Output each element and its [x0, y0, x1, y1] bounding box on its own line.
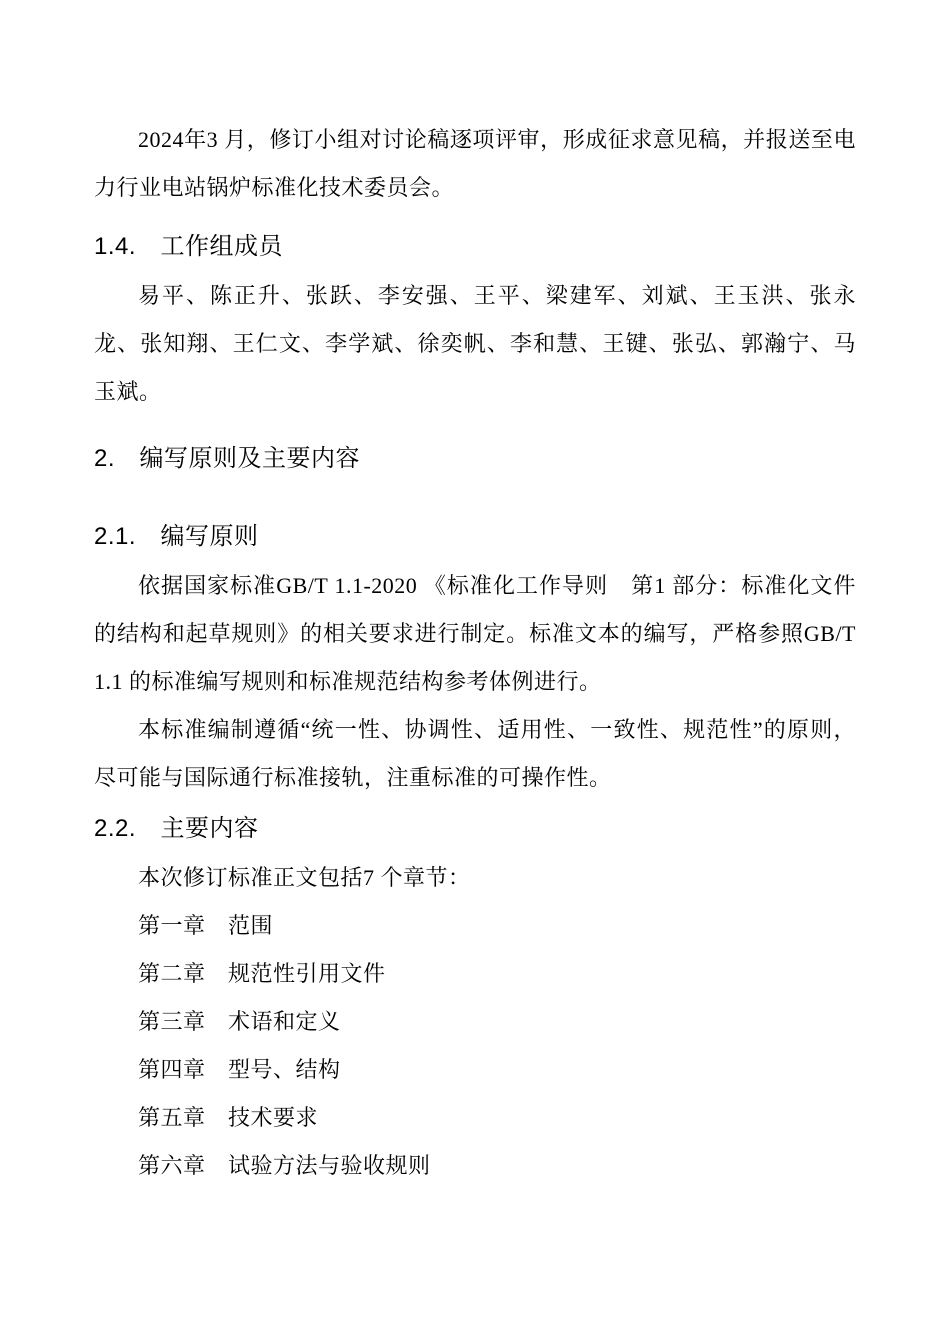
- document-page: 2024年3 月，修订小组对讨论稿逐项评审，形成征求意见稿，并报送至电力行业电站…: [0, 0, 950, 1344]
- heading-2-1-writing-principles: 2.1. 编写原则: [94, 512, 856, 562]
- chapter-list-item-3: 第三章 术语和定义: [94, 998, 856, 1046]
- paragraph-chapters-intro: 本次修订标准正文包括7 个章节：: [94, 854, 856, 902]
- heading-2-2-main-content: 2.2. 主要内容: [94, 804, 856, 854]
- paragraph-member-names: 易平、陈正升、张跃、李安强、王平、梁建军、刘斌、王玉洪、张永龙、张知翔、王仁文、…: [94, 272, 856, 416]
- paragraph-review-process: 2024年3 月，修订小组对讨论稿逐项评审，形成征求意见稿，并报送至电力行业电站…: [94, 116, 856, 212]
- chapter-list-item-4: 第四章 型号、结构: [94, 1046, 856, 1094]
- heading-1-4-workgroup-members: 1.4. 工作组成员: [94, 222, 856, 272]
- paragraph-standard-basis: 依据国家标准GB/T 1.1-2020 《标准化工作导则 第1 部分：标准化文件…: [94, 562, 856, 706]
- chapter-list-item-5: 第五章 技术要求: [94, 1094, 856, 1142]
- chapter-list-item-1: 第一章 范围: [94, 902, 856, 950]
- chapter-list-item-2: 第二章 规范性引用文件: [94, 950, 856, 998]
- heading-2-principles-and-content: 2. 编写原则及主要内容: [94, 434, 856, 484]
- chapter-list-item-6: 第六章 试验方法与验收规则: [94, 1142, 856, 1190]
- paragraph-compilation-principles: 本标准编制遵循“统一性、协调性、适用性、一致性、规范性”的原则，尽可能与国际通行…: [94, 706, 856, 802]
